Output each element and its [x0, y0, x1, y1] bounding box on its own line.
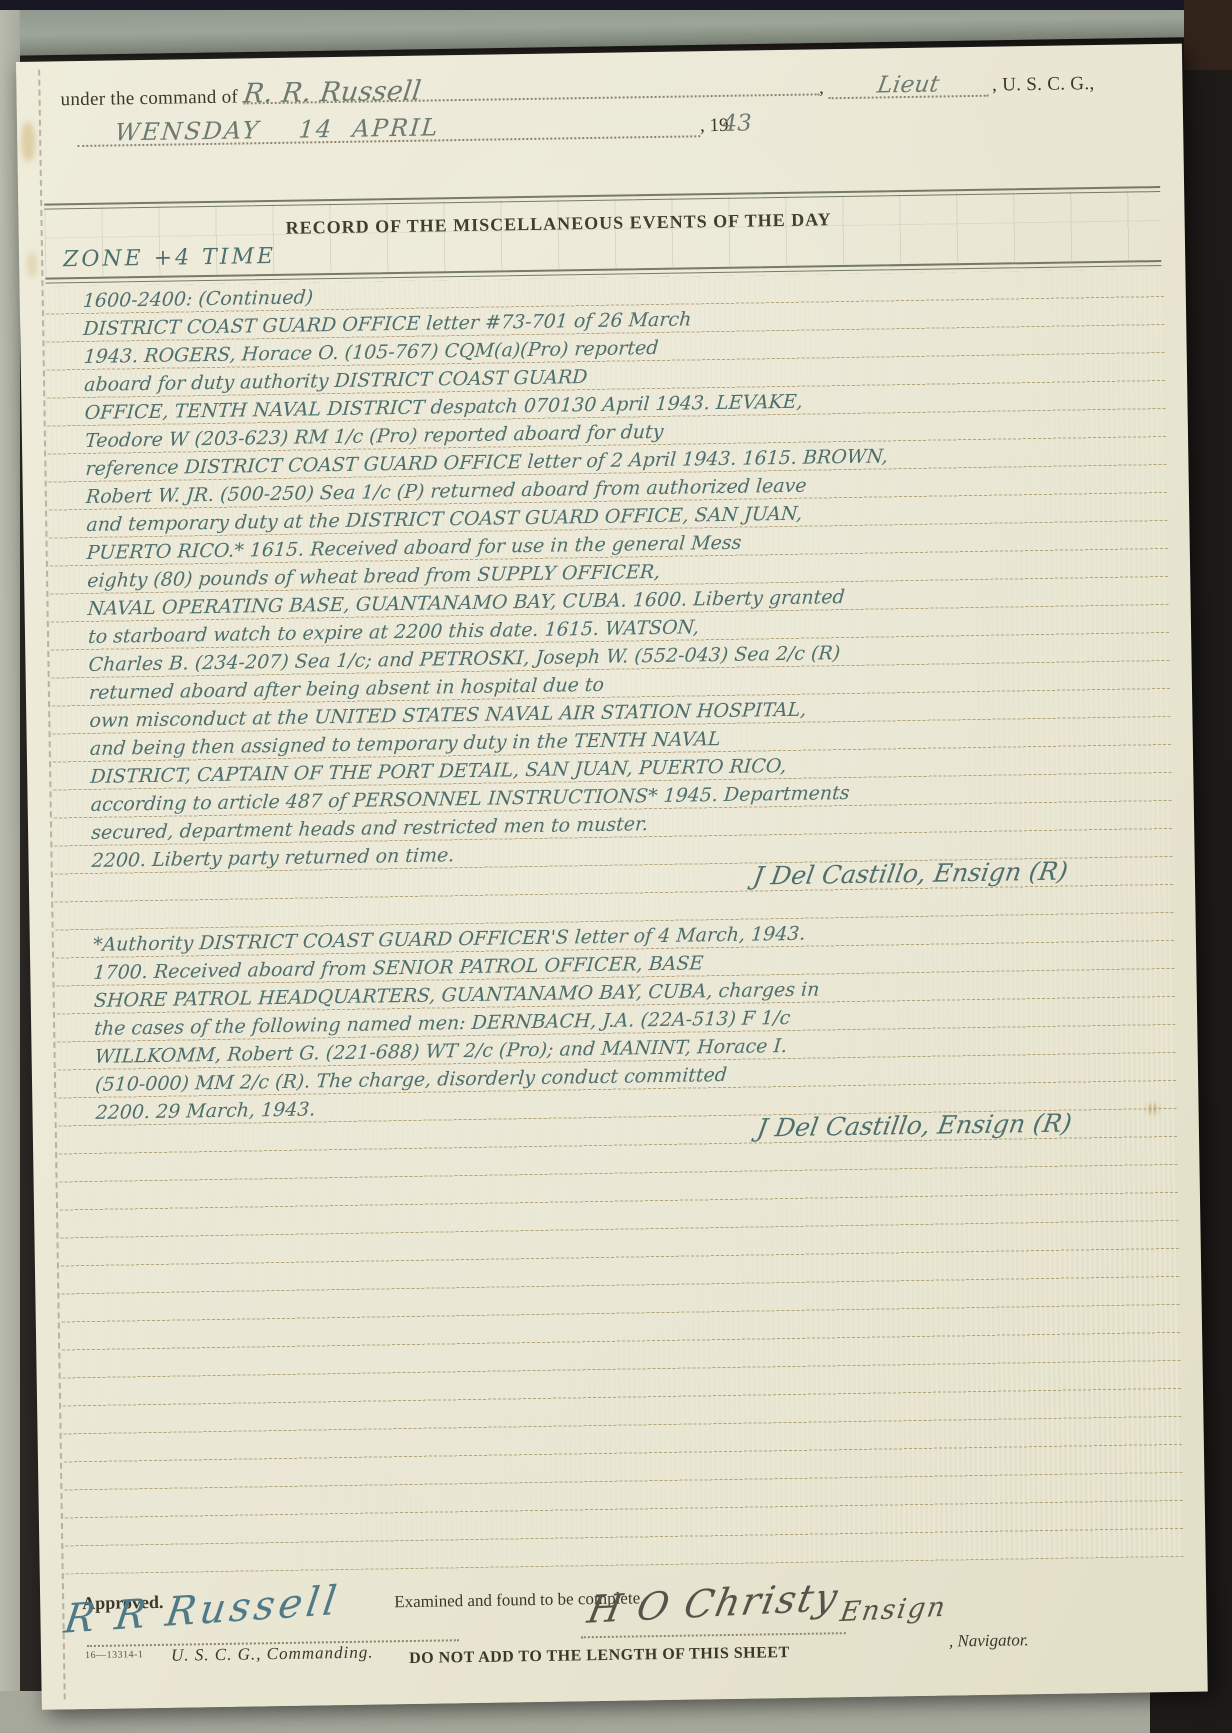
year-handwritten: 43 — [722, 110, 752, 136]
paper-stain — [27, 252, 37, 278]
signature-line — [581, 1632, 846, 1638]
date-field: WENSDAY 14 APRIL — [77, 109, 700, 147]
book-cover-corner — [1184, 0, 1232, 70]
commanding-label: U. S. C. G., Commanding. — [171, 1643, 374, 1666]
zone-time-note: ZONE +4 TIME — [63, 244, 276, 272]
command-prefix-label: under the command of — [60, 87, 238, 112]
commanding-officer-signature: R R Russell — [61, 1578, 343, 1643]
paper-stain — [21, 122, 36, 162]
commander-signature: R. R. Russell — [242, 76, 423, 110]
uscg-label: , U. S. C. G., — [992, 73, 1095, 97]
navigator-label: , Navigator. — [949, 1630, 1029, 1651]
rank-field: Lieut — [828, 71, 988, 100]
navigator-signature: H O Christy — [584, 1575, 843, 1632]
photo-backdrop: under the command of R. R. Russell , Lie… — [0, 0, 1232, 1733]
command-header-line: under the command of R. R. Russell , Lie… — [60, 65, 1094, 111]
log-entry-area: 1600-2400: (Continued)DISTRICT COAST GUA… — [44, 269, 1184, 1574]
date-line: WENSDAY 14 APRIL , 19 43 — [77, 105, 977, 147]
photo-top-edge — [0, 0, 1232, 10]
form-number: 16—13314-1 — [85, 1649, 144, 1661]
commander-name-field: R. R. Russell — [244, 69, 819, 104]
logbook-page: under the command of R. R. Russell , Lie… — [16, 44, 1208, 1710]
ensign-handwritten: Ensign — [838, 1592, 949, 1629]
comma-separator: , — [819, 77, 824, 99]
log-entry-lines: 1600-2400: (Continued)DISTRICT COAST GUA… — [44, 269, 1173, 875]
page-stack-edge — [0, 10, 20, 1733]
rank-handwritten: Lieut — [875, 71, 941, 98]
do-not-add-label: DO NOT ADD TO THE LENGTH OF THIS SHEET — [409, 1644, 790, 1668]
date-handwritten: WENSDAY 14 APRIL — [114, 113, 441, 146]
footnote-lines: *Authority DISTRICT COAST GUARD OFFICER'… — [54, 913, 1177, 1127]
